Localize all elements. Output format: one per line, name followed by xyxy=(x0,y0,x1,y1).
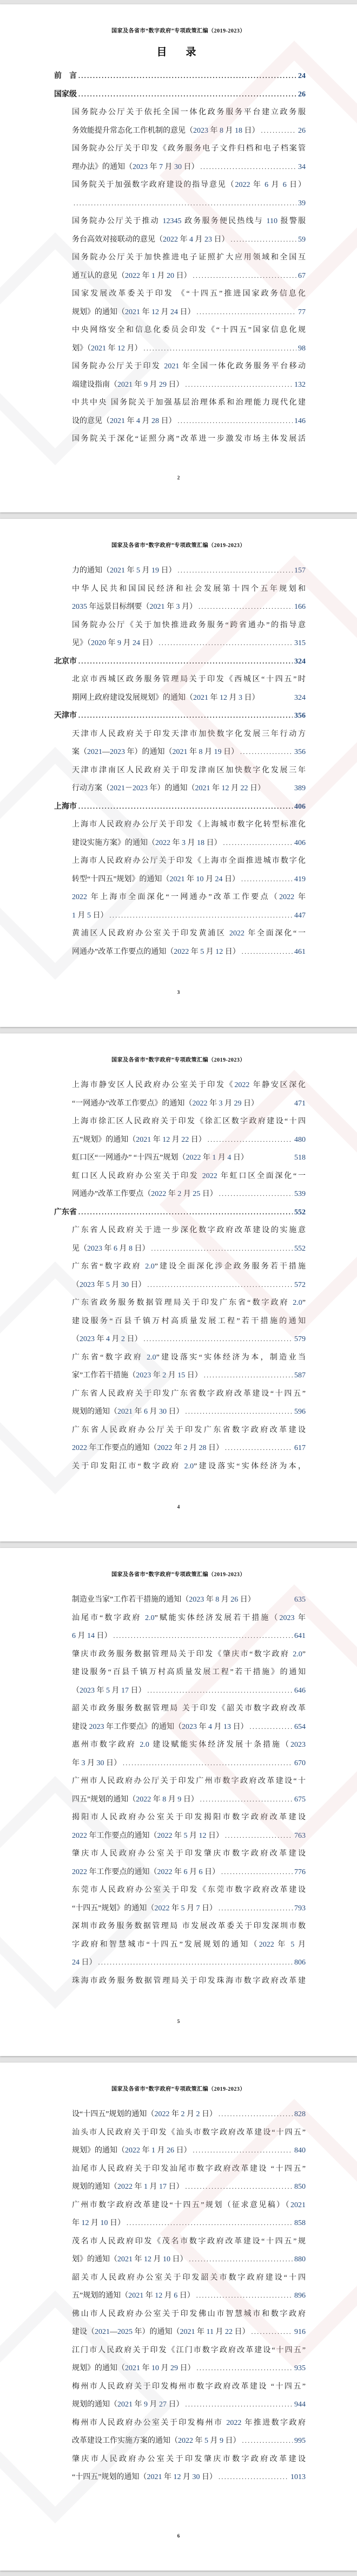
inline-number: 12 xyxy=(162,1136,170,1144)
toc-entry-text: 力的通知（2021 年 5 月 19 日） xyxy=(72,562,176,580)
inline-number: 5 xyxy=(181,1904,184,1913)
toc-page-number: 77 xyxy=(298,303,306,322)
toc-line: 广州市数字政府改革建设“十四五”规划（征求意见稿）（2021 xyxy=(54,2196,306,2215)
dot-leader: ........................................… xyxy=(219,2105,293,2124)
toc-page-number: 552 xyxy=(294,1204,306,1222)
inline-number: 10 xyxy=(196,875,203,883)
toc-line: 广东省“数字政府 2.0”建设落实“实体经济为本，制造业当 xyxy=(54,1349,306,1367)
inline-number: 2021 xyxy=(169,875,184,883)
inline-number: 2 xyxy=(177,1190,181,1198)
inline-number: 5 xyxy=(200,948,204,956)
toc-line: 惠州市数字政府 2.0 建设赋能实体经济发展十条措施（2023 xyxy=(54,1736,306,1754)
dot-leader: ........................................… xyxy=(219,1185,293,1204)
inline-number: 12 xyxy=(117,344,125,353)
inline-number: 2021 xyxy=(110,567,125,575)
inline-number: 3 xyxy=(182,839,186,847)
inline-number: 6 xyxy=(265,181,268,189)
inline-number: 2.0 xyxy=(293,1299,302,1307)
toc-entry-text: 网通办”改革工作要点（2022 年 2 月 25 日） xyxy=(72,1185,217,1204)
inline-number: 2023 xyxy=(110,748,125,756)
toc-entry-text: （2023 年 5 月 17 日） xyxy=(72,1682,146,1700)
inline-number: 2022 xyxy=(154,1904,169,1913)
inline-number: 6 xyxy=(114,1245,117,1253)
toc-entry-text: 规划的通知（2021 年 6 月 30 日） xyxy=(72,1403,184,1421)
inline-number: 2021 xyxy=(180,2328,195,2336)
inline-number: 29 xyxy=(159,381,167,389)
dot-leader: ........................................… xyxy=(78,1204,293,1222)
toc-section-heading: 上海市.....................................… xyxy=(54,798,306,816)
inline-number: 2.0 xyxy=(147,1354,156,1362)
toc-line: 案（2021—2023 年）的通知（2021 年 8 月 19 日）......… xyxy=(54,743,306,762)
toc-line: 珠海市政务服务数据管理局关于印发珠海市数字政府改革建 xyxy=(54,1972,306,1990)
toc-page-number: 315 xyxy=(294,634,306,653)
toc-line: 建设（2021—2025 年）的通知（2021 年 11 月 22 日）....… xyxy=(54,2323,306,2341)
dot-leader: ........................................… xyxy=(240,743,293,762)
inline-number: 1 xyxy=(151,272,155,280)
toc-page-number: 34 xyxy=(298,158,306,177)
toc-entry-text: 通互认的意见（2022 年 1 月 20 日） xyxy=(72,267,191,285)
inline-number: 15 xyxy=(177,1371,185,1380)
inline-number: 28 xyxy=(151,417,159,425)
inline-number: 2.0 xyxy=(140,1741,149,1749)
toc-entry-text: 2022 年工作要点的通知（2022 年 6 月 6 日） xyxy=(72,1863,220,1882)
toc-line: 广东省人民政府办公厅关于印发广东省数字政府改革建设 xyxy=(54,1421,306,1440)
toc-entry-text: 划》（2021 年 12 月） xyxy=(72,340,142,358)
toc-line: “十四五”规划》的通知（2022 年 5 月 7 日）.............… xyxy=(54,1900,306,1918)
dot-leader: ........................................… xyxy=(144,1330,293,1349)
inline-number: 2022 xyxy=(259,1941,274,1949)
toc-page-number: 146 xyxy=(294,412,306,431)
dot-leader: ........................................… xyxy=(78,653,293,671)
toc-entry-text: 建设 2023 年工作要点》的通知（2023 年 4 月 13 日） xyxy=(72,1718,248,1736)
toc-line: “十四五”规划的通知（2021 年 12 月 30 日）............… xyxy=(54,2468,306,2487)
inline-number: 12 xyxy=(173,2473,181,2481)
inline-number: 4 xyxy=(189,236,193,244)
toc-line: 设“十四五”规划的通知（2022 年 2 月 2 日）.............… xyxy=(54,2105,306,2124)
page-number-footer: 4 xyxy=(0,1505,357,1510)
toc-page-number: 419 xyxy=(294,870,306,889)
toc-page-number: 670 xyxy=(294,1754,306,1773)
toc-page-number: 166 xyxy=(294,598,306,616)
toc-page-number: 675 xyxy=(294,1791,306,1809)
inline-number: 2020 xyxy=(91,639,106,647)
toc-line: 上海市徐汇区人民政府关于印发《徐汇区数字政府建设“十四 xyxy=(54,1113,306,1131)
toc-line: 国务院关于深化“证照分离”改革进一步激发市场主体发展活 xyxy=(54,430,306,448)
inline-number: 2022 xyxy=(154,2110,169,2118)
toc-page-number: 406 xyxy=(294,834,306,853)
inline-number: 2021 xyxy=(117,2401,133,2409)
dot-leader: ........................................… xyxy=(189,2250,293,2269)
inline-number: 1 xyxy=(144,2183,148,2191)
toc-page-number: 157 xyxy=(294,562,306,580)
toc-entry-text: 2022 年工作要点的通知（2022 年 5 月 12 日） xyxy=(72,1827,223,1845)
toc-line: 规划的通知（2021 年 9 月 27 日）..................… xyxy=(54,2396,306,2414)
inline-number: 2.0 xyxy=(293,1650,302,1658)
toc-line: 关于印发阳江市“数字政府 2.0”建设落实“实体经济为本， xyxy=(54,1458,306,1476)
dot-leader: ........................................… xyxy=(204,1367,293,1385)
toc-line: 规划的通知（2022 年 1 月 17 日）..................… xyxy=(54,2178,306,2196)
dot-leader: ........................................… xyxy=(219,1900,293,1918)
toc-entry-text: 广东省 xyxy=(54,1204,77,1222)
inline-number: 22 xyxy=(225,2328,233,2336)
inline-number: 10 xyxy=(151,2364,159,2372)
inline-number: 2022 xyxy=(125,272,140,280)
inline-number: 2022 xyxy=(72,1832,87,1840)
dot-leader: ........................................… xyxy=(148,1682,293,1700)
inline-number: 2021 xyxy=(117,381,133,389)
toc-entry-text: “十四五”规划的通知（2021 年 12 月 30 日） xyxy=(72,2468,217,2487)
dot-leader: ........................................… xyxy=(242,943,293,961)
toc-line: 广东省“数字政府 2.0”建设全面深化涉企政务服务若干措施 xyxy=(54,1258,306,1276)
toc-entry-text: 务台高效对接联动的意见（2022 年 4 月 23 日） xyxy=(72,231,229,249)
toc-line: 汕头市人民政府关于印发《汕头市数字政府改革建设“十四五” xyxy=(54,2124,306,2142)
inline-number: 2 xyxy=(181,2110,184,2118)
inline-number: 2023 xyxy=(193,127,208,135)
page-header: 国家及各省市“数字政府”专项政策汇编（2019-2023） xyxy=(0,541,357,549)
toc-line: 建设 2023 年工作要点》的通知（2023 年 4 月 13 日）......… xyxy=(54,1718,306,1736)
toc-line: 转型“十四五”规划》的通知（2021 年 10 月 24 日）.........… xyxy=(54,870,306,889)
inline-number: 2023 xyxy=(189,1596,204,1604)
toc-line: 国务院办公厅关于推动 12345 政务服务便民热线与 110 报警服 xyxy=(54,212,306,231)
toc-line: 广州市人民政府办公厅关于印发广州市数字政府改革建设“十 xyxy=(54,1772,306,1791)
dot-leader: ........................................… xyxy=(241,870,293,889)
toc-entry-text: 见（2023 年 6 月 8 日） xyxy=(72,1240,150,1258)
toc-line: 端建设指南（2021 年 9 月 29 日）..................… xyxy=(54,376,306,394)
dot-leader: ........................................… xyxy=(123,1754,293,1773)
document-page: 国家及各省市“数字政府”专项政策汇编（2019-2023）目 录前 言.....… xyxy=(0,4,357,512)
toc-entry-text: 天津市 xyxy=(54,707,77,725)
page-header: 国家及各省市“数字政府”专项政策汇编（2019-2023） xyxy=(0,26,357,34)
toc-page-number: 389 xyxy=(294,779,306,798)
toc-page-number: 880 xyxy=(294,2250,306,2269)
toc-entry-text: 前 言 xyxy=(54,67,77,86)
inline-number: 2023 xyxy=(133,163,148,171)
dot-leader: ........................................… xyxy=(196,2287,293,2305)
toc-page-number: 617 xyxy=(294,1439,306,1458)
toc-entry-text: 2022 年工作要点的通知（2022 年 2 月 28 日） xyxy=(72,1439,223,1458)
toc-line: 字政府和智慧城市“十四五”发展规划的通知（2022 年 5 月 xyxy=(54,1936,306,1954)
dot-leader: ........................................… xyxy=(251,2323,293,2341)
inline-number: 13 xyxy=(223,1723,231,1731)
inline-number: 2021 xyxy=(110,784,125,792)
inline-number: 8 xyxy=(220,127,223,135)
toc-page-number: 654 xyxy=(294,1718,306,1736)
toc-entry-text: 年 3 月 30 日） xyxy=(72,1754,121,1773)
toc-page-number: 324 xyxy=(294,653,306,671)
toc-line: 期网上政府建设发展规划》的通知（2021 年 12 月 3 日）324 xyxy=(54,689,306,707)
toc-page-number: 59 xyxy=(298,231,306,249)
toc-page-number: 518 xyxy=(294,1149,306,1167)
dot-leader: ........................................… xyxy=(127,2214,293,2233)
toc-page-number: 587 xyxy=(294,1367,306,1385)
inline-number: 1 xyxy=(72,912,76,920)
toc-line: 规划》的通知（2021 年 12 月 24 日）................… xyxy=(54,303,306,322)
inline-number: 7 xyxy=(196,1904,200,1913)
toc-list: 前 言.....................................… xyxy=(54,67,306,448)
inline-number: 2 xyxy=(121,1335,125,1343)
dot-leader: ........................................… xyxy=(197,303,297,322)
inline-number: 27 xyxy=(159,2401,167,2409)
toc-entry-text: 家”工作若干措施（2023 年 2 月 15 日） xyxy=(72,1367,202,1385)
toc-page-number: 1013 xyxy=(290,2468,306,2487)
inline-number: 3 xyxy=(176,603,180,611)
page-number-footer: 5 xyxy=(0,2019,357,2025)
inline-number: 19 xyxy=(214,748,222,756)
inline-number: 9 xyxy=(177,1796,181,1804)
inline-number: 9 xyxy=(144,2401,148,2409)
toc-line: 国务院办公厅关于依托全国一体化政务服务平台建立政务服 xyxy=(54,103,306,122)
inline-number: 2022 xyxy=(226,2419,241,2427)
dot-leader: ........................................… xyxy=(78,67,296,86)
toc-line: 规划》的通知（2021 年 10 月 29 日）................… xyxy=(54,2359,306,2378)
toc-line: 年 12 月 10 日）............................… xyxy=(54,2214,306,2233)
toc-line: 规划的通知（2021 年 6 月 30 日）..................… xyxy=(54,1403,306,1421)
dot-leader: ........................................… xyxy=(186,2178,293,2196)
toc-line: 揭阳市人民政府办公室关于印发揭阳市数字政府改革建设 xyxy=(54,1809,306,1827)
inline-number: 10 xyxy=(101,2219,108,2227)
toc-page-number: 324 xyxy=(294,689,306,707)
inline-number: 2023 xyxy=(87,1245,102,1253)
toc-page-number: 935 xyxy=(294,2359,306,2378)
toc-line: 家”工作若干措施（2023 年 2 月 15 日）...............… xyxy=(54,1367,306,1385)
toc-page-number: 793 xyxy=(294,1900,306,1918)
toc-line: 梅州市人民政府办公室关于印发梅州市 2022 年推进数字政府 xyxy=(54,2414,306,2432)
toc-line: 四五”规划的通知（2022 年 8 月 9 日）................… xyxy=(54,1791,306,1809)
toc-line: 上海市人民政府办公厅关于印发《上海城市数字化转型标准化 xyxy=(54,816,306,834)
inline-number: 9 xyxy=(220,2437,223,2445)
toc-entry-text: 规划》的通知（2021 年 10 月 29 日） xyxy=(72,2359,195,2378)
dot-leader: ........................................… xyxy=(231,231,297,249)
inline-number: 2.0 xyxy=(145,1263,155,1271)
inline-number: 2022 xyxy=(192,1100,207,1108)
toc-line: 规划》的通知（2022 年 1 月 26 日）.................… xyxy=(54,2142,306,2160)
toc-entry-text: 设的意见（2021 年 4 月 28 日） xyxy=(72,412,176,431)
toc-line: 汕尾市人民政府关于印发汕尾市数字政府改革建设 “十四五” xyxy=(54,2160,306,2178)
toc-line: 虹口区“一网通办” “十四五”规划（2022 年 1 月 4 日）518 xyxy=(54,1149,306,1167)
page-number-footer: 3 xyxy=(0,990,357,996)
inline-number: 2021 xyxy=(87,748,102,756)
toc-line: 汕尾市“数字政府 2.0”赋能实体经济发展若干措施（2023 年 xyxy=(54,1609,306,1628)
toc-entry-text: 五”规划》的通知（2021 年 12 月 22 日） xyxy=(72,1131,206,1149)
toc-line: 韶关市政务服务数据管理局 关于印发《韶关市数字政府改革 xyxy=(54,1700,306,1718)
page-number-footer: 2 xyxy=(0,476,357,481)
toc-list: 力的通知（2021 年 5 月 19 日）...................… xyxy=(54,562,306,961)
toc-page-number: 995 xyxy=(294,2432,306,2450)
toc-line: 24 日）...................................… xyxy=(54,1954,306,1972)
toc-entry-text: 年 12 月 10 日） xyxy=(72,2214,125,2233)
inline-number: 12 xyxy=(144,2255,151,2263)
toc-entry-text: 网通办”改革工作要点的通知（2022 年 5 月 12 日） xyxy=(72,943,240,961)
inline-number: 2021 xyxy=(128,2292,143,2300)
inline-number: 30 xyxy=(97,1759,104,1767)
toc-line: 广东省政务服务数据管理局关于印发广东省“数字政府 2.0” xyxy=(54,1294,306,1312)
dot-leader: ........................................… xyxy=(200,1791,293,1809)
toc-line: 划》的通知（2021 年 12 月 10 日）.................… xyxy=(54,2250,306,2269)
inline-number: 2.0 xyxy=(145,1614,155,1622)
inline-number: 3 xyxy=(219,1100,222,1108)
inline-number: 2022 xyxy=(174,948,189,956)
toc-entry-text: 期网上政府建设发展规划》的通知（2021 年 12 月 3 日） xyxy=(72,689,260,707)
inline-number: 22 xyxy=(241,784,248,792)
inline-number: 26 xyxy=(230,1596,238,1604)
inline-number: 20 xyxy=(167,272,174,280)
inline-number: 2021 xyxy=(91,344,106,353)
toc-line: 国务院办公厅关于印发《政务服务电子文件归档和电子档案管 xyxy=(54,140,306,158)
dot-leader: ........................................… xyxy=(219,2468,289,2487)
toc-line: 2022 年工作要点的通知（2022 年 5 月 12 日）..........… xyxy=(54,1827,306,1845)
toc-entry-text: 案（2021—2023 年）的通知（2021 年 8 月 19 日） xyxy=(72,743,239,762)
dot-leader: ........................................… xyxy=(74,194,296,213)
dot-leader: ........................................… xyxy=(186,376,293,394)
toc-entry-text: （2023 年 4 月 2 日） xyxy=(72,1330,142,1349)
inline-number: 2021 xyxy=(125,2364,140,2372)
inline-number: 2021 xyxy=(136,1136,151,1144)
toc-line: 梅州市人民政府关于印发梅州市数字政府改革建设 “十四五” xyxy=(54,2378,306,2396)
inline-number: 2022 xyxy=(72,1444,87,1452)
toc-page-number: 579 xyxy=(294,1330,306,1349)
toc-line: 国务院办公厅《关于加快推进政务服务“跨省通办”的指导意 xyxy=(54,616,306,635)
inline-number: 17 xyxy=(159,2183,167,2191)
toc-line: （2023 年 5 月 30 日）.......................… xyxy=(54,1276,306,1294)
inline-number: 5 xyxy=(204,2437,208,2445)
inline-number: 2021 xyxy=(290,2201,306,2209)
toc-entry-text: 规划》的通知（2022 年 1 月 26 日） xyxy=(72,2142,191,2160)
inline-number: 30 xyxy=(159,1408,167,1416)
toc-line: 国务院关于加强数字政府建设的指导意见（2022 年 6 月 6 日） xyxy=(54,176,306,194)
inline-number: 4 xyxy=(227,1154,231,1162)
inline-number: 2021 xyxy=(117,1408,133,1416)
toc-entry-text: 设“十四五”规划的通知（2022 年 2 月 2 日） xyxy=(72,2105,217,2124)
toc-entry-text: “十四五”规划》的通知（2022 年 5 月 7 日） xyxy=(72,1900,217,1918)
toc-page-number: 24 xyxy=(298,67,306,86)
toc-page-number: 850 xyxy=(294,2178,306,2196)
inline-number: 5 xyxy=(184,1832,188,1840)
dot-leader: ........................................… xyxy=(199,598,293,616)
dot-leader: ........................................… xyxy=(178,562,293,580)
inline-number: 2 xyxy=(184,1444,188,1452)
inline-number: 2023 xyxy=(136,1371,151,1380)
toc-line: 黄浦区人民政府办公室关于印发黄浦区 2022 年全面深化“一 xyxy=(54,925,306,943)
toc-line: 中共中央 国务院关于加强基层治理体系和治理能力现代化建 xyxy=(54,394,306,412)
toc-line: 中华人民共和国国民经济和社会发展第十四个五年规划和 xyxy=(54,580,306,599)
inline-number: 2022 xyxy=(186,1154,201,1162)
toc-title: 目 录 xyxy=(0,44,357,58)
dot-leader: ........................................… xyxy=(110,907,293,925)
inline-number: 5 xyxy=(106,1281,110,1289)
dot-leader: ........................................… xyxy=(193,267,297,285)
toc-line: 广东省人民政府关于印发广东省数字政府改革建设“十四五” xyxy=(54,1385,306,1403)
inline-number: 2021 xyxy=(95,2328,110,2336)
inline-number: 14 xyxy=(87,1632,95,1640)
toc-page-number: 480 xyxy=(294,1131,306,1149)
inline-number: 30 xyxy=(192,2473,200,2481)
toc-entry-text: 四五”规划的通知（2022 年 8 月 9 日） xyxy=(72,1791,199,1809)
toc-page-number: 67 xyxy=(298,267,306,285)
inline-number: 9 xyxy=(117,639,121,647)
toc-page-number: 840 xyxy=(294,2142,306,2160)
toc-line: 划》（2021 年 12 月）.........................… xyxy=(54,340,306,358)
inline-number: 12 xyxy=(155,2292,162,2300)
inline-number: 12 xyxy=(215,948,223,956)
inline-number: 2 xyxy=(162,1371,166,1380)
page-header: 国家及各省市“数字政府”专项政策汇编（2019-2023） xyxy=(0,2084,357,2092)
toc-line: 务效能提升常态化工作机制的意见（2023 年 8 月 18 日）........… xyxy=(54,122,306,140)
inline-number: 2022 xyxy=(279,893,294,901)
toc-entry-text: 规划的通知（2022 年 1 月 17 日） xyxy=(72,2178,184,2196)
inline-number: 11 xyxy=(207,2328,214,2336)
dot-leader: ........................................… xyxy=(78,798,293,816)
inline-number: 29 xyxy=(234,1100,241,1108)
toc-page-number: 98 xyxy=(298,340,306,358)
inline-number: 26 xyxy=(167,2146,174,2155)
toc-line: 国家发展改革委关于印发 《“十四五”推进国家政务信息化 xyxy=(54,285,306,303)
toc-page-number: 641 xyxy=(294,1627,306,1645)
toc-line: 肇庆市政务服务数据管理局关于印发《肇庆市“数字政府 2.0” xyxy=(54,1645,306,1664)
toc-page-number: 828 xyxy=(294,2105,306,2124)
inline-number: 23 xyxy=(204,236,212,244)
inline-number: 2022 xyxy=(117,2183,133,2191)
toc-line: ........................................… xyxy=(54,194,306,213)
inline-number: 2021 xyxy=(110,417,125,425)
inline-number: 30 xyxy=(174,163,182,171)
inline-number: 12345 xyxy=(163,217,182,225)
inline-number: 2021 xyxy=(173,748,188,756)
dot-leader: ........................................… xyxy=(225,1827,293,1845)
inline-number: 110 xyxy=(267,217,277,225)
toc-list: 制造业当家”工作若干措施的通知（2023 年 8 月 26 日）635汕尾市“数… xyxy=(54,1591,306,1990)
inline-number: 24 xyxy=(133,639,140,647)
toc-page-number: 763 xyxy=(294,1827,306,1845)
dot-leader: ........................................… xyxy=(178,412,293,431)
toc-page-number: 471 xyxy=(294,1095,306,1113)
dot-leader: ........................................… xyxy=(225,1439,293,1458)
inline-number: 2023 xyxy=(80,1281,95,1289)
inline-number: 5 xyxy=(290,1941,294,1949)
toc-line: 6 月 14 日）...............................… xyxy=(54,1627,306,1645)
inline-number: 6 xyxy=(283,181,287,189)
inline-number: 2022 xyxy=(235,181,250,189)
dot-leader: ........................................… xyxy=(159,634,293,653)
inline-number: 2022 xyxy=(178,2437,193,2445)
inline-number: 2023 xyxy=(279,1614,294,1622)
inline-number: 1 xyxy=(212,1154,216,1162)
toc-line: 制造业当家”工作若干措施的通知（2023 年 8 月 26 日）635 xyxy=(54,1591,306,1609)
inline-number: 8 xyxy=(215,1596,219,1604)
toc-entry-text: 务效能提升常态化工作机制的意见（2023 年 8 月 18 日） xyxy=(72,122,260,140)
inline-number: 6 xyxy=(72,1632,76,1640)
inline-number: 2021 xyxy=(164,362,179,370)
inline-number: 5 xyxy=(136,567,140,575)
toc-entry-text: 建设实施方案》的通知（2022 年 3 月 18 日） xyxy=(72,834,222,853)
dot-leader: ........................................… xyxy=(144,340,297,358)
toc-entry-text: 虹口区“一网通办” “十四五”规划（2022 年 1 月 4 日） xyxy=(72,1149,248,1167)
toc-page-number: 635 xyxy=(294,1591,306,1609)
inline-number: 2025 xyxy=(117,2328,133,2336)
toc-line: 国务院办公厅关于加快推进电子证照扩大应用领域和全国互 xyxy=(54,249,306,267)
toc-entry-text: 制造业当家”工作若干措施的通知（2023 年 8 月 26 日） xyxy=(72,1591,255,1609)
inline-number: 2022 xyxy=(157,1444,173,1452)
toc-entry-text: “一网通办”改革工作要点》的通知（2022 年 3 月 29 日） xyxy=(72,1095,259,1113)
toc-page-number: 596 xyxy=(294,1403,306,1421)
inline-number: 2021 xyxy=(150,603,165,611)
toc-page-number: 26 xyxy=(298,122,306,140)
toc-page-number: 776 xyxy=(294,1863,306,1882)
inline-number: 8 xyxy=(129,1245,133,1253)
toc-line: 1 月 5 日）................................… xyxy=(54,907,306,925)
inline-number: 8 xyxy=(199,748,203,756)
toc-line: 国务院办公厅关于印发 2021 年全国一体化政务服务平台移动 xyxy=(54,357,306,376)
toc-entry-text: （2023 年 5 月 30 日） xyxy=(72,1276,146,1294)
